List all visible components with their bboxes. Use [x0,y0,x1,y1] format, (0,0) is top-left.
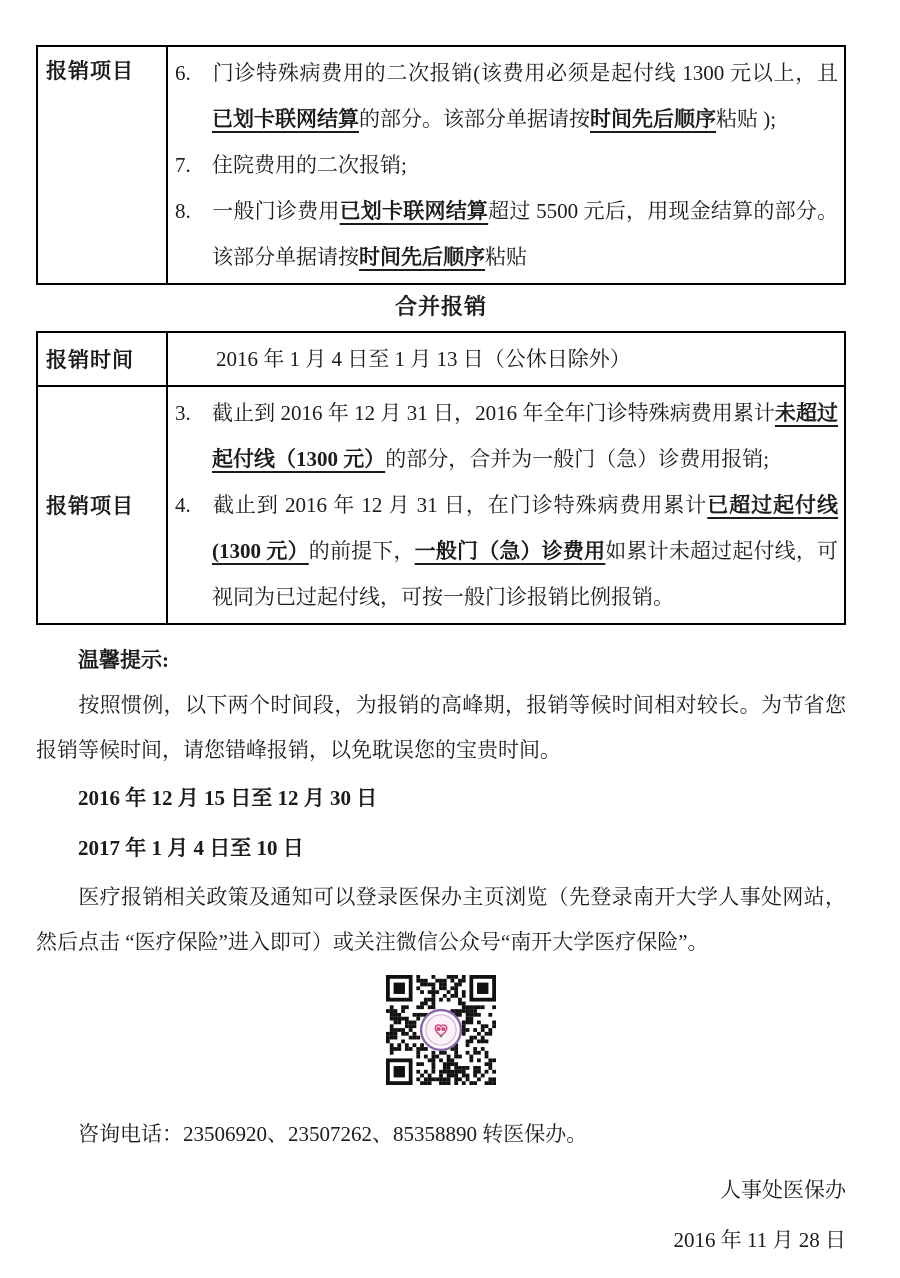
emphasized-text: 一般门（急）诊费用 [415,539,606,563]
qr-code-container [36,975,846,1090]
reimbursement-time-value: 2016 年 1 月 4 日至 1 月 13 日（公休日除外） [168,333,844,385]
item-number: 3. [175,390,212,436]
table-row: 报销项目 6.门诊特殊病费用的二次报销(该费用必须是起付线 1300 元以上，且… [38,47,844,283]
section-heading: 合并报销 [36,287,846,327]
plain-text: 的部分，合并为一般门（急）诊费用报销; [385,447,769,471]
numbered-item: 3.截止到 2016 年 12 月 31 日，2016 年全年门诊特殊病费用累计… [175,390,838,482]
peak-period-1: 2016 年 12 月 15 日至 12 月 30 日 [36,773,888,823]
peak-period-2: 2017 年 1 月 4 日至 10 日 [36,823,888,873]
table-header-cell: 报销时间 [38,333,168,385]
signature-department: 人事处医保办 [36,1165,861,1215]
policy-paragraph: 医疗报销相关政策及通知可以登录医保办主页浏览（先登录南开大学人事处网站，然后点击… [36,875,846,965]
table-row: 报销时间 2016 年 1 月 4 日至 1 月 13 日（公休日除外） [38,333,844,385]
tips-title: 温馨提示: [36,638,888,683]
plain-text: 住院费用的二次报销; [212,153,407,177]
plain-text: 一般门诊费用 [212,199,340,223]
plain-text: 粘贴 ); [716,107,776,131]
table-content-cell: 6.门诊特殊病费用的二次报销(该费用必须是起付线 1300 元以上，且已划卡联网… [168,47,844,283]
plain-text: 的部分。该部分单据请按 [359,107,590,131]
table-header-cell: 报销项目 [38,47,168,283]
merge-reimbursement-table: 报销时间 2016 年 1 月 4 日至 1 月 13 日（公休日除外） 报销项… [36,331,846,625]
numbered-item: 4.截止到 2016 年 12 月 31 日，在门诊特殊病费用累计已超过起付线(… [175,482,838,620]
emphasized-text: 时间先后顺序 [359,245,485,269]
emphasized-text: 时间先后顺序 [590,107,716,131]
numbered-item: 7.住院费用的二次报销; [175,142,838,188]
notice-document: 报销项目 6.门诊特殊病费用的二次报销(该费用必须是起付线 1300 元以上，且… [0,0,900,1265]
plain-text: 粘贴 [485,245,527,269]
emphasized-text: 已划卡联网结算 [340,199,489,223]
item-number: 4. [175,482,212,528]
numbered-item: 6.门诊特殊病费用的二次报销(该费用必须是起付线 1300 元以上，且已划卡联网… [175,50,838,142]
wechat-qr-code [384,975,498,1085]
reimbursement-items-table: 报销项目 6.门诊特殊病费用的二次报销(该费用必须是起付线 1300 元以上，且… [36,45,846,285]
table-header-cell: 报销项目 [38,387,168,623]
policy-paragraph-text: 医疗报销相关政策及通知可以登录医保办主页浏览（先登录南开大学人事处网站，然后点击… [36,885,846,954]
plain-text: 的前提下， [309,539,415,563]
tips-paragraph-text: 按照惯例，以下两个时间段，为报销的高峰期，报销等候时间相对较长。为节省您报销等候… [36,693,846,762]
contact-phone-line: 咨询电话：23506920、23507262、85358890 转医保办。 [36,1112,888,1157]
item-number: 6. [175,50,212,96]
tips-paragraph: 按照惯例，以下两个时间段，为报销的高峰期，报销等候时间相对较长。为节省您报销等候… [36,683,846,773]
table-row: 报销项目 3.截止到 2016 年 12 月 31 日，2016 年全年门诊特殊… [38,385,844,623]
plain-text: 门诊特殊病费用的二次报销(该费用必须是起付线 1300 元以上，且 [212,61,838,85]
item-number: 8. [175,188,212,234]
signature-date: 2016 年 11 月 28 日 [36,1215,846,1265]
plain-text: 截止到 2016 年 12 月 31 日，2016 年全年门诊特殊病费用累计 [212,401,775,425]
emphasized-text: 已划卡联网结算 [212,107,359,131]
item-number: 7. [175,142,212,188]
numbered-item: 8.一般门诊费用已划卡联网结算超过 5500 元后，用现金结算的部分。该部分单据… [175,188,838,280]
plain-text: 截止到 2016 年 12 月 31 日，在门诊特殊病费用累计 [212,493,707,517]
table-content-cell: 3.截止到 2016 年 12 月 31 日，2016 年全年门诊特殊病费用累计… [168,387,844,623]
